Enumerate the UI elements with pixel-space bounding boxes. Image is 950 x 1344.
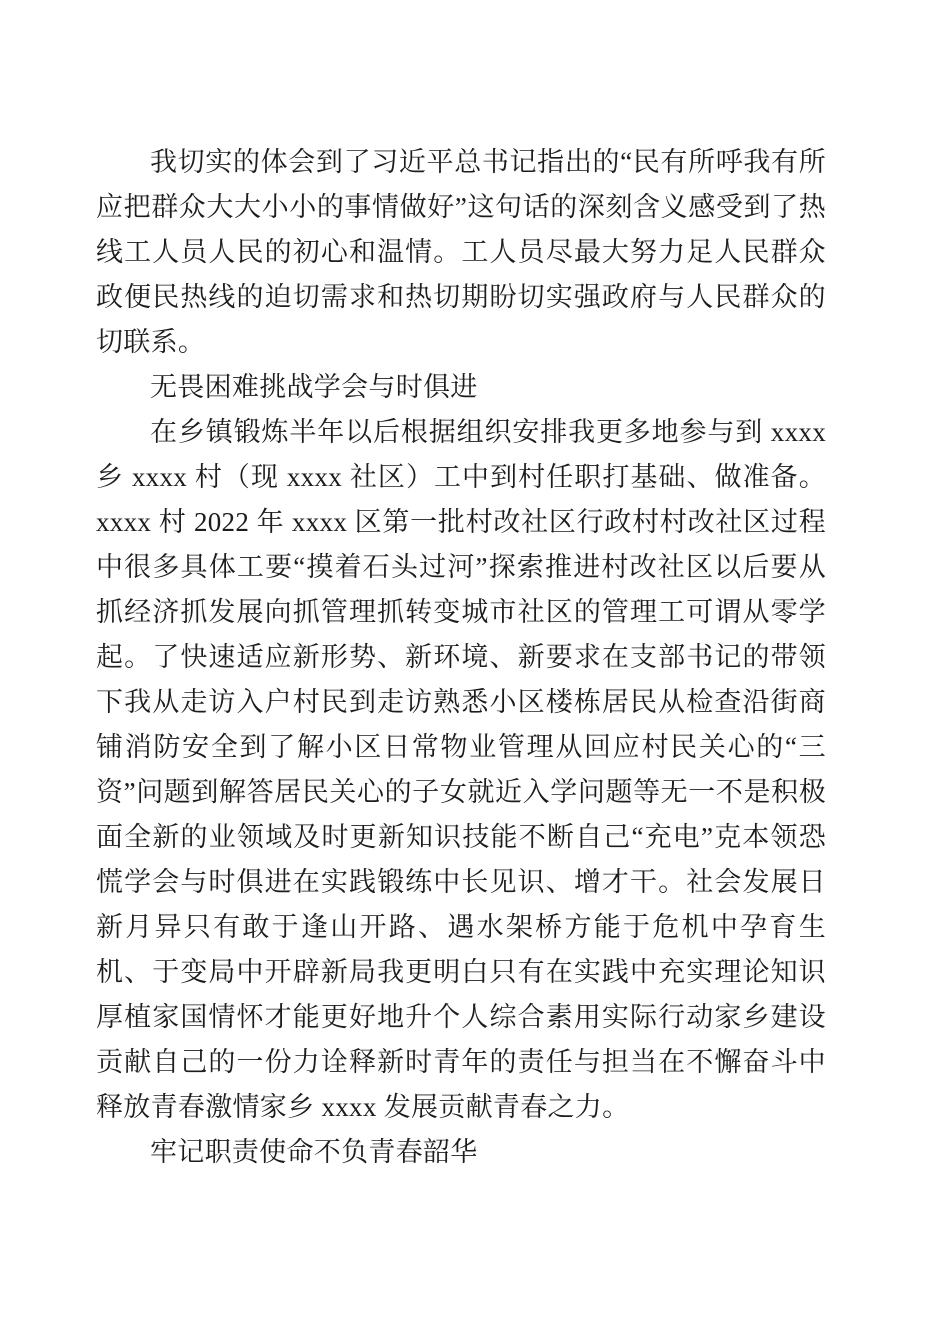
document-page-background: { "page": { "background_color": "#ffffff… [0,0,950,1344]
document-text-block: 我切实的体会到了习近平总书记指出的“民有所呼我有所应把群众大大小小的事情做好”这… [96,140,826,1175]
section-heading-duty: 牢记职责使命不负青春韶华 [96,1130,826,1175]
paragraph-intro: 我切实的体会到了习近平总书记指出的“民有所呼我有所应把群众大大小小的事情做好”这… [96,140,826,365]
paragraph-village-experience: 在乡镇锻炼半年以后根据组织安排我更多地参与到 xxxx 乡 xxxx 村（现 x… [96,410,826,1130]
section-heading-courage: 无畏困难挑战学会与时俱进 [96,365,826,410]
